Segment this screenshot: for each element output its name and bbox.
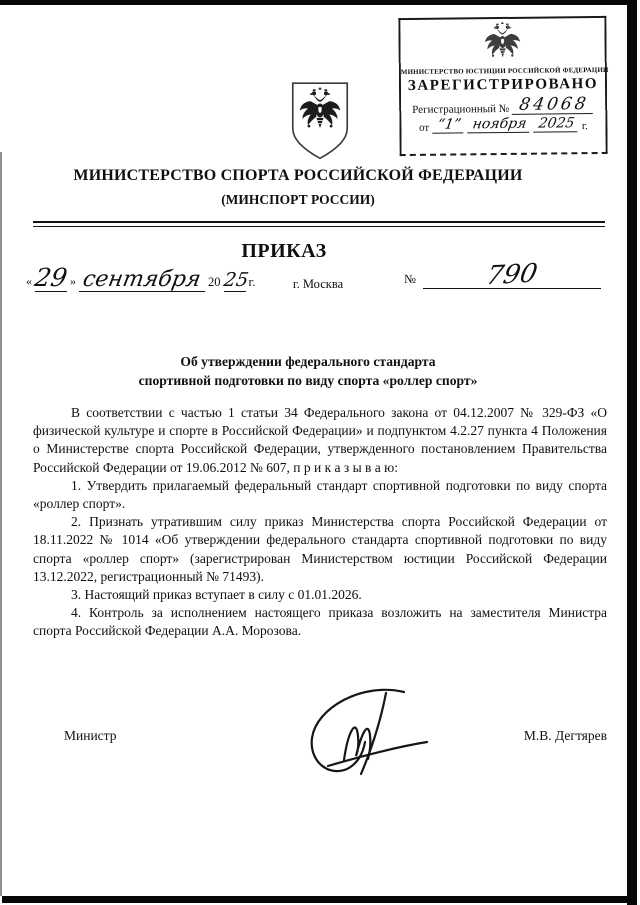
order-paragraph: 4. Контроль за исполнением настоящего пр…	[33, 604, 607, 640]
order-paragraph: 2. Признать утратившим силу приказ Минис…	[33, 513, 607, 586]
order-number: № 790	[404, 264, 601, 289]
order-number-line: 790	[423, 264, 601, 289]
stamp-date-day: “1”	[432, 119, 466, 135]
stamp-reg-number-value: 84068	[512, 96, 596, 115]
order-title: Об утверждении федерального стандарта сп…	[20, 352, 596, 390]
stamp-eagle-icon	[482, 21, 522, 63]
signer-role: Министр	[64, 728, 116, 744]
ministry-name: МИНИСТЕРСТВО СПОРТА РОССИЙСКОЙ ФЕДЕРАЦИИ	[0, 167, 596, 185]
scan-edge-right	[627, 0, 637, 905]
stamp-date-row: от “1” ноября 2025 г.	[401, 117, 605, 134]
date-month-handwritten: сентября	[82, 271, 203, 289]
scan-edge-bottom	[2, 896, 637, 903]
date-quote-close: »	[70, 274, 76, 292]
document-type-title: ПРИКАЗ	[0, 240, 568, 263]
order-title-line2: спортивной подготовки по виду спорта «ро…	[20, 371, 596, 390]
date-year-suffix: г.	[249, 275, 256, 292]
stamp-date-year: 2025	[533, 117, 579, 133]
letterhead: МИНИСТЕРСТВО СПОРТА РОССИЙСКОЙ ФЕДЕРАЦИИ…	[0, 167, 596, 208]
order-paragraph: 3. Настоящий приказ вступает в силу с 01…	[33, 586, 607, 604]
stamp-date-from-label: от	[419, 122, 429, 134]
justice-registration-stamp: МИНИСТЕРСТВО ЮСТИЦИИ РОССИЙСКОЙ ФЕДЕРАЦИ…	[398, 16, 607, 156]
date-quote-open: «	[26, 274, 32, 292]
order-paragraph: В соответствии с частью 1 статьи 34 Феде…	[33, 404, 607, 477]
date-day-handwritten: 29	[33, 268, 68, 288]
signature-icon	[300, 684, 430, 779]
stamp-date-month: ноября	[467, 118, 531, 134]
stamp-ministry-line: МИНИСТЕРСТВО ЮСТИЦИИ РОССИЙСКОЙ ФЕДЕРАЦИ…	[401, 67, 605, 76]
order-number-label: №	[404, 272, 416, 289]
ministry-short-name: (МИНСПОРТ РОССИИ)	[0, 192, 596, 208]
scan-edge-left	[0, 152, 2, 896]
order-city: г. Москва	[266, 277, 370, 292]
signer-name: М.В. Дегтярев	[460, 728, 607, 744]
order-number-handwritten: 790	[485, 263, 540, 288]
stamp-date-suffix: г.	[582, 121, 588, 133]
order-body: В соответствии с частью 1 статьи 34 Феде…	[33, 404, 607, 641]
document-page: МИНИСТЕРСТВО ЮСТИЦИИ РОССИЙСКОЙ ФЕДЕРАЦИ…	[0, 0, 640, 905]
letterhead-divider	[33, 221, 605, 227]
stamp-registration-number-row: Регистрационный № 84068	[401, 96, 605, 116]
date-year-prefix: 20	[208, 275, 221, 292]
date-month-line: сентября	[79, 271, 205, 292]
scan-edge-top	[0, 0, 637, 5]
stamp-reg-number-label: Регистрационный №	[412, 103, 509, 116]
date-day-line: 29	[35, 268, 67, 292]
date-year-line: 25	[224, 273, 246, 292]
order-title-line1: Об утверждении федерального стандарта	[20, 352, 596, 371]
order-date: « 29 » сентября 20 25 г.	[26, 268, 255, 292]
date-year-handwritten: 25	[222, 273, 249, 288]
coat-of-arms-icon	[287, 78, 353, 166]
stamp-registered-label: ЗАРЕГИСТРИРОВАНО	[401, 76, 605, 95]
order-paragraph: 1. Утвердить прилагаемый федеральный ста…	[33, 477, 607, 513]
